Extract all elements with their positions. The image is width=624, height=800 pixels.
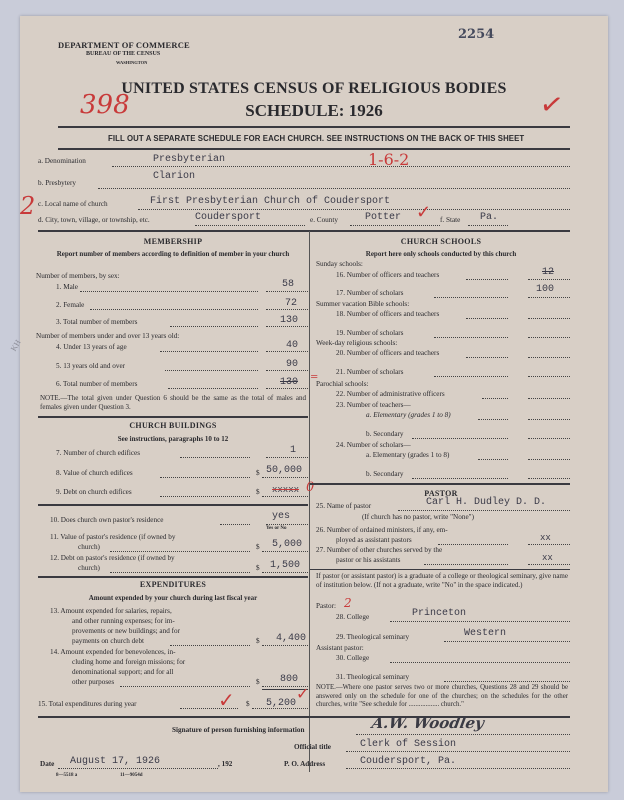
summer-schools-label: Summer vacation Bible schools: bbox=[316, 300, 409, 308]
department-label: DEPARTMENT OF COMMERCE bbox=[58, 40, 190, 50]
form-code: 8—5518 a bbox=[56, 773, 77, 778]
q19-label: 19. Number of scholars bbox=[336, 329, 403, 337]
city-label: WASHINGTON bbox=[116, 60, 147, 65]
edifices-debt-value[interactable]: xxxxx bbox=[272, 485, 299, 495]
buildings-subtitle: See instructions, paragraphs 10 to 12 bbox=[38, 435, 308, 443]
q13-line3: provements or new buildings; and for bbox=[72, 627, 180, 635]
q13-line1: 13. Amount expended for salaries, repair… bbox=[50, 607, 172, 615]
official-title-value[interactable]: Clerk of Session bbox=[360, 739, 456, 750]
divider bbox=[310, 483, 570, 485]
edifices-value-label: 8. Value of church edifices bbox=[56, 469, 133, 477]
total-members-6-label: 6. Total number of members bbox=[56, 380, 137, 388]
q13-line4: payments on church debt bbox=[72, 637, 144, 645]
dollar-sign: $ bbox=[256, 637, 260, 645]
signature-value[interactable]: A.W. Woodley bbox=[370, 714, 485, 732]
under-13-label: 4. Under 13 years of age bbox=[56, 343, 127, 351]
membership-title: MEMBERSHIP bbox=[38, 237, 308, 246]
seminary-value[interactable]: Western bbox=[464, 628, 506, 639]
q13-line2: and other running expenses; for im- bbox=[72, 617, 175, 625]
divider bbox=[58, 148, 570, 150]
residence-debt-value[interactable]: 1,500 bbox=[270, 560, 300, 571]
membership-subtitle: Report number of members according to de… bbox=[38, 250, 308, 259]
female-count[interactable]: 72 bbox=[285, 298, 297, 309]
red-checkmark-icon: ✓ bbox=[218, 688, 235, 712]
signature-label: Signature of person furnishing informati… bbox=[172, 726, 304, 734]
schools-subtitle: Report here only schools conducted by th… bbox=[312, 250, 570, 258]
q24-label: 24. Number of scholars— bbox=[336, 441, 411, 449]
divider bbox=[38, 716, 570, 718]
q21-label: 21. Number of scholars bbox=[336, 368, 403, 376]
q26-value[interactable]: xx bbox=[540, 533, 551, 543]
q24b-label: b. Secondary bbox=[366, 470, 404, 478]
edifices-debt-label: 9. Debt on church edifices bbox=[56, 488, 132, 496]
q16-label: 16. Number of officers and teachers bbox=[336, 271, 439, 279]
margin-red-mark: 2 bbox=[20, 192, 35, 220]
denomination-label: a. Denomination bbox=[38, 157, 86, 165]
sunday-schools-label: Sunday schools: bbox=[316, 260, 363, 268]
membership-note: NOTE.—The total given under Question 6 s… bbox=[40, 394, 306, 412]
female-label: 2. Female bbox=[56, 301, 84, 309]
date-value[interactable]: August 17, 1926 bbox=[70, 756, 160, 767]
assistant-subheading: Assistant pastor: bbox=[316, 644, 364, 652]
denomination-value[interactable]: Presbyterian bbox=[153, 154, 225, 165]
q16-value[interactable]: 12 bbox=[542, 267, 554, 278]
dollar-sign: $ bbox=[256, 564, 260, 572]
q14-line1: 14. Amount expended for benevolences, in… bbox=[50, 648, 176, 656]
divider bbox=[310, 569, 570, 570]
divider bbox=[38, 576, 308, 578]
residence-value-label-cont: church) bbox=[78, 543, 100, 551]
owns-residence-value[interactable]: yes bbox=[272, 511, 290, 522]
edifices-value[interactable]: 50,000 bbox=[266, 465, 302, 476]
denomination-code: 1-6-2 bbox=[368, 150, 409, 169]
edifices-count-label: 7. Number of church edifices bbox=[56, 449, 140, 457]
q25-label: 25. Name of pastor bbox=[316, 502, 371, 510]
total-members-label: 3. Total number of members bbox=[56, 318, 137, 326]
q28-label: 28. College bbox=[336, 613, 369, 621]
print-code: 11—9054d bbox=[120, 773, 143, 778]
q25-hint: (If church has no pastor, write "None") bbox=[362, 513, 474, 521]
expenditures-subtitle: Amount expended by your church during la… bbox=[38, 594, 308, 602]
county-label: e. County bbox=[310, 216, 338, 224]
census-schedule-sheet: DEPARTMENT OF COMMERCE BUREAU OF THE CEN… bbox=[20, 16, 608, 792]
red-checkmark-icon: ✓ bbox=[296, 684, 309, 703]
over-13-count[interactable]: 90 bbox=[286, 359, 298, 370]
graduate-note: If pastor (or assistant pastor) is a gra… bbox=[316, 572, 568, 590]
q23a-label: a. Elementary (grades 1 to 8) bbox=[366, 411, 451, 419]
date-label: Date bbox=[40, 760, 54, 768]
q17-value[interactable]: 100 bbox=[536, 284, 554, 295]
stamp-number: 2254 bbox=[458, 27, 494, 42]
college-value[interactable]: Princeton bbox=[412, 608, 466, 619]
state-label: f. State bbox=[440, 216, 460, 224]
q26-label2: ployed as assistant pastors bbox=[336, 536, 412, 544]
q15-label: 15. Total expenditures during year bbox=[38, 700, 137, 708]
form-subtitle: SCHEDULE: 1926 bbox=[20, 101, 608, 121]
city-label: d. City, town, village, or township, etc… bbox=[38, 216, 150, 224]
divider bbox=[38, 416, 308, 418]
buildings-title: CHURCH BUILDINGS bbox=[38, 421, 308, 430]
q23b-label: b. Secondary bbox=[366, 430, 404, 438]
divider bbox=[38, 504, 308, 506]
total-members-count[interactable]: 130 bbox=[280, 315, 298, 326]
church-name-label: c. Local name of church bbox=[38, 200, 108, 208]
dollar-sign: $ bbox=[256, 469, 260, 477]
q20-label: 20. Number of officers and teachers bbox=[336, 349, 439, 357]
q29-label: 29. Theological seminary bbox=[336, 633, 409, 641]
q24a-label: a. Elementary (grades 1 to 8) bbox=[366, 451, 449, 459]
q15-value[interactable]: 5,200 bbox=[266, 698, 296, 709]
bureau-label: BUREAU OF THE CENSUS bbox=[86, 51, 160, 57]
form-title: UNITED STATES CENSUS OF RELIGIOUS BODIES bbox=[20, 80, 608, 98]
dollar-sign: $ bbox=[256, 488, 260, 496]
red-checkmark-icon: ✓ bbox=[416, 202, 431, 223]
presbytery-label: b. Presbytery bbox=[38, 179, 76, 187]
q27-label1: 27. Number of other churches served by t… bbox=[316, 546, 442, 554]
q17-label: 17. Number of scholars bbox=[336, 289, 403, 297]
by-sex-label: Number of members, by sex: bbox=[36, 272, 120, 280]
q22-label: 22. Number of administrative officers bbox=[336, 390, 445, 398]
q23-label: 23. Number of teachers— bbox=[336, 401, 411, 409]
edifices-count-value[interactable]: 1 bbox=[290, 445, 296, 456]
over-13-label: 5. 13 years old and over bbox=[56, 362, 125, 370]
q14-line4: other purposes bbox=[72, 678, 114, 686]
q13-value[interactable]: 4,400 bbox=[276, 633, 306, 644]
dollar-sign: $ bbox=[246, 700, 250, 708]
under-13-count[interactable]: 40 bbox=[286, 340, 298, 351]
address-value[interactable]: Coudersport, Pa. bbox=[360, 756, 456, 767]
residence-debt-label: 12. Debt on pastor's residence (if owned… bbox=[50, 554, 175, 562]
presbytery-value[interactable]: Clarion bbox=[153, 171, 195, 182]
expenditures-title: EXPENDITURES bbox=[38, 580, 308, 589]
owns-residence-label: 10. Does church own pastor's residence bbox=[50, 516, 163, 524]
official-title-label: Official title bbox=[294, 743, 331, 751]
date-suffix: , 192 bbox=[218, 760, 232, 768]
male-count[interactable]: 58 bbox=[282, 279, 294, 290]
q14-line2: cluding home and foreign missions; for bbox=[72, 658, 185, 666]
q31-label: 31. Theological seminary bbox=[336, 673, 409, 681]
age-label: Number of members under and over 13 year… bbox=[36, 332, 179, 340]
total-members-6-count[interactable]: 130 bbox=[280, 377, 298, 388]
residence-debt-label-cont: church) bbox=[78, 564, 100, 572]
dollar-sign: $ bbox=[256, 543, 260, 551]
divider bbox=[58, 126, 570, 128]
pastor-red-mark: 2 bbox=[344, 596, 352, 610]
q14-line3: denominational support; and for all bbox=[72, 668, 173, 676]
margin-initials: KH bbox=[9, 338, 23, 353]
county-value[interactable]: Potter bbox=[365, 212, 401, 223]
weekday-schools-label: Week-day religious schools: bbox=[316, 339, 397, 347]
city-value[interactable]: Coudersport bbox=[195, 212, 261, 223]
pastor-name-value[interactable]: Carl H. Dudley D. D. bbox=[426, 497, 546, 508]
yes-no-hint: Yes or No bbox=[266, 526, 286, 531]
state-value[interactable]: Pa. bbox=[480, 212, 498, 223]
q30-label: 30. College bbox=[336, 654, 369, 662]
instructions-banner: FILL OUT A SEPARATE SCHEDULE FOR EACH CH… bbox=[108, 134, 524, 143]
q26-label1: 26. Number of ordained ministers, if any… bbox=[316, 526, 448, 534]
residence-value[interactable]: 5,000 bbox=[272, 539, 302, 550]
schools-title: CHURCH SCHOOLS bbox=[312, 237, 570, 246]
church-name-value[interactable]: First Presbyterian Church of Coudersport bbox=[150, 196, 390, 207]
address-label: P. O. Address bbox=[284, 760, 325, 768]
pastor-note: NOTE.—Where one pastor serves two or mor… bbox=[316, 684, 568, 710]
q27-label2: pastor or his assistants bbox=[336, 556, 400, 564]
pastor-subheading: Pastor: bbox=[316, 602, 336, 610]
parochial-schools-label: Parochial schools: bbox=[316, 380, 369, 388]
divider bbox=[38, 230, 570, 232]
male-label: 1. Male bbox=[56, 283, 78, 291]
residence-value-label: 11. Value of pastor's residence (if owne… bbox=[50, 533, 175, 541]
dollar-sign: $ bbox=[256, 678, 260, 686]
q18-label: 18. Number of officers and teachers bbox=[336, 310, 439, 318]
q27-value[interactable]: xx bbox=[542, 553, 553, 563]
